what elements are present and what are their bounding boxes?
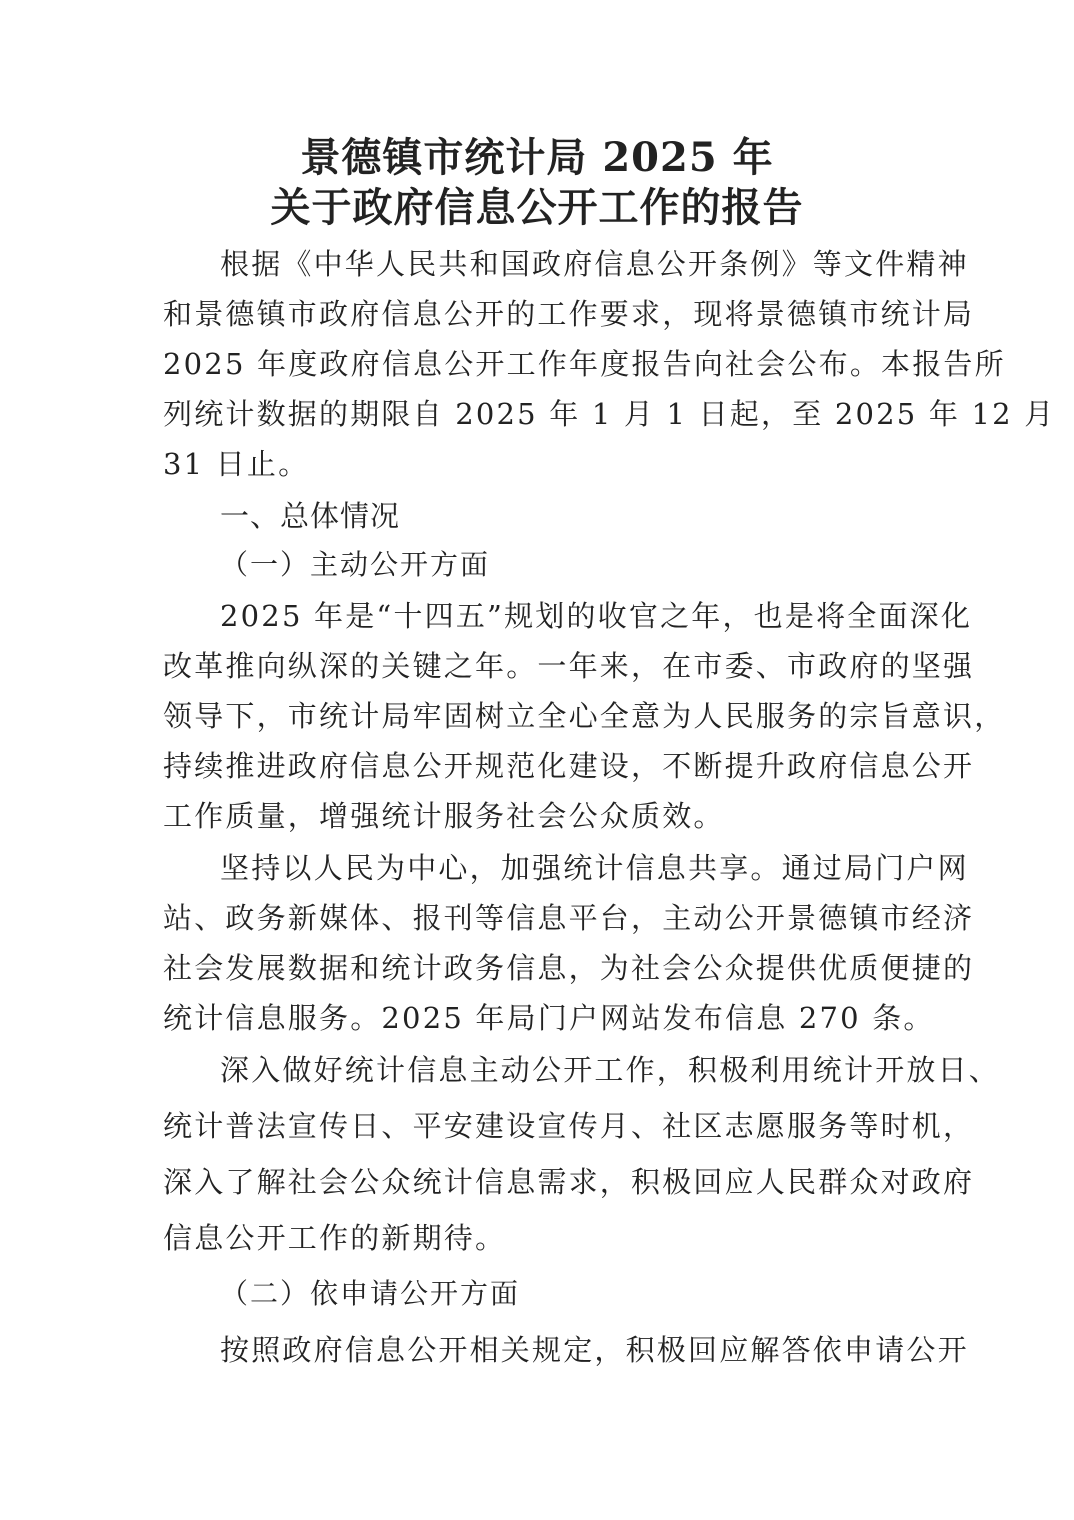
paragraph-line: 领导下，市统计局牢固树立全心全意为人民服务的宗旨意识，: [163, 696, 1005, 736]
paragraph-line: 持续推进政府信息公开规范化建设，不断提升政府信息公开: [163, 746, 974, 786]
intro-line: 根据《中华人民共和国政府信息公开条例》等文件精神: [220, 244, 969, 284]
document-title-line-1: 景德镇市统计局 2025 年: [0, 134, 1074, 182]
paragraph-line: 深入做好统计信息主动公开工作，积极利用统计开放日、: [220, 1050, 1000, 1090]
intro-line: 列统计数据的期限自 2025 年 1 月 1 日起，至 2025 年 12 月: [163, 394, 1055, 434]
paragraph-line: 2025 年是“十四五”规划的收官之年，也是将全面深化: [220, 596, 972, 636]
paragraph-line: 社会发展数据和统计政务信息，为社会公众提供优质便捷的: [163, 948, 974, 988]
paragraph-line: 站、政务新媒体、报刊等信息平台，主动公开景德镇市经济: [163, 898, 974, 938]
paragraph-line: 信息公开工作的新期待。: [163, 1218, 506, 1258]
paragraph-line: 深入了解社会公众统计信息需求，积极回应人民群众对政府: [163, 1162, 974, 1202]
paragraph-line: 按照政府信息公开相关规定，积极回应解答依申请公开: [220, 1330, 969, 1370]
paragraph-line: 工作质量，增强统计服务社会公众质效。: [163, 796, 725, 836]
section-heading: 一、总体情况: [220, 496, 400, 536]
paragraph-line: 统计普法宣传日、平安建设宣传月、社区志愿服务等时机，: [163, 1106, 974, 1146]
intro-line: 2025 年度政府信息公开工作年度报告向社会公布。本报告所: [163, 344, 1006, 384]
paragraph-line: 统计信息服务。2025 年局门户网站发布信息 270 条。: [163, 998, 935, 1038]
subsection-heading: （一）主动公开方面: [220, 545, 490, 585]
intro-line: 31 日止。: [163, 444, 309, 484]
document-page: 景德镇市统计局 2025 年 关于政府信息公开工作的报告 根据《中华人民共和国政…: [0, 0, 1074, 1520]
paragraph-line: 改革推向纵深的关键之年。一年来，在市委、市政府的坚强: [163, 646, 974, 686]
intro-line: 和景德镇市政府信息公开的工作要求，现将景德镇市统计局: [163, 294, 974, 334]
subsection-heading: （二）依申请公开方面: [220, 1274, 520, 1314]
document-title-line-2: 关于政府信息公开工作的报告: [0, 184, 1074, 232]
paragraph-line: 坚持以人民为中心，加强统计信息共享。通过局门户网: [220, 848, 969, 888]
